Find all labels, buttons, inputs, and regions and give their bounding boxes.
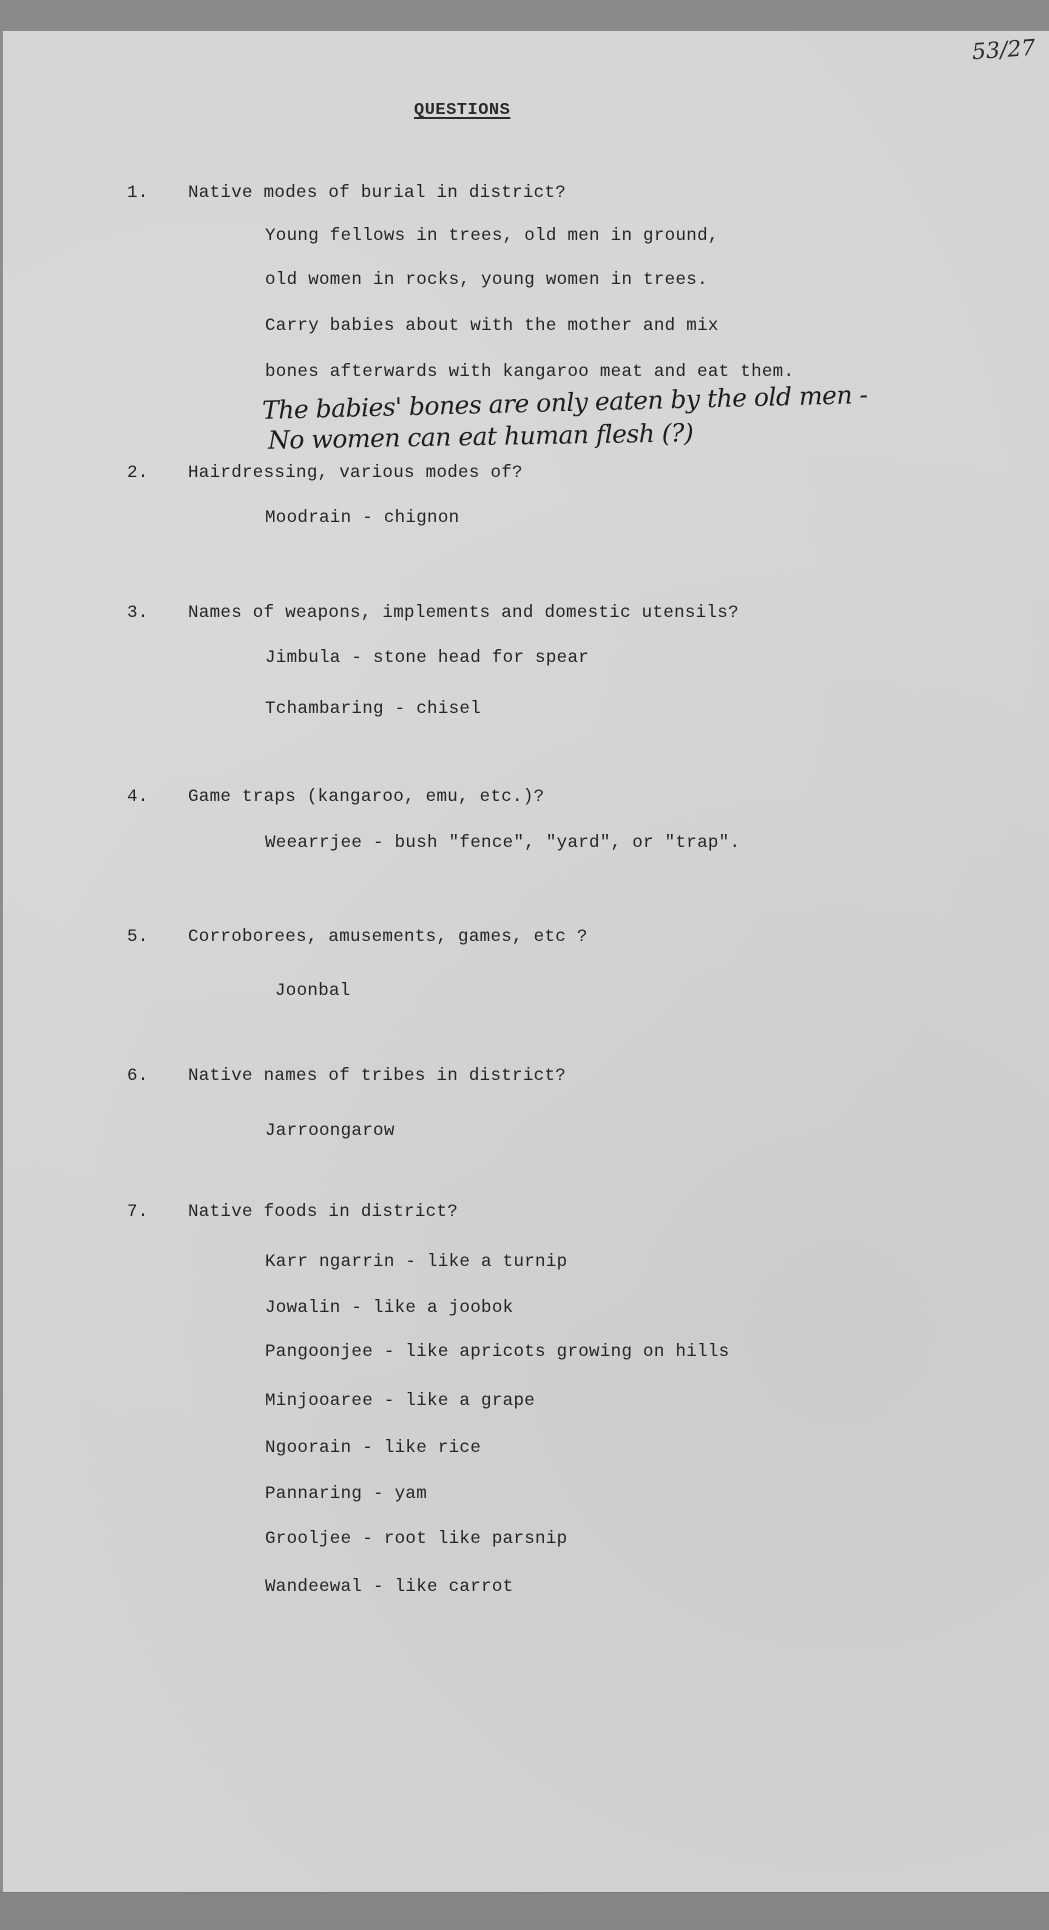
answer-line: Young fellows in trees, old men in groun… — [265, 226, 719, 246]
question-text: Native foods in district? — [188, 1202, 458, 1222]
answer-line: Carry babies about with the mother and m… — [265, 316, 719, 336]
scan-border-bottom — [0, 1892, 1049, 1930]
answer-line: Pannaring - yam — [265, 1484, 427, 1504]
answer-line: Minjooaree - like a grape — [265, 1391, 535, 1411]
question-text: Native names of tribes in district? — [188, 1066, 566, 1086]
question-number: 6. — [127, 1066, 149, 1086]
page-title: QUESTIONS — [414, 101, 510, 120]
question-text: Corroborees, amusements, games, etc ? — [188, 927, 588, 947]
question-number: 1. — [127, 183, 149, 203]
scan-border-top — [0, 0, 1049, 31]
question-number: 3. — [127, 603, 149, 623]
answer-line: Jimbula - stone head for spear — [265, 648, 589, 668]
answer-line: Jowalin - like a joobok — [265, 1298, 513, 1318]
question-number: 2. — [127, 463, 149, 483]
question-number: 4. — [127, 787, 149, 807]
answer-line: Ngoorain - like rice — [265, 1438, 481, 1458]
answer-line: Tchambaring - chisel — [265, 699, 481, 719]
answer-line: Moodrain - chignon — [265, 508, 459, 528]
answer-line: Pangoonjee - like apricots growing on hi… — [265, 1342, 729, 1362]
answer-line: Karr ngarrin - like a turnip — [265, 1252, 567, 1272]
question-text: Names of weapons, implements and domesti… — [188, 603, 739, 623]
question-text: Native modes of burial in district? — [188, 183, 566, 203]
answer-line: Joonbal — [275, 981, 351, 1001]
page-number-handwritten: 53/27 — [971, 36, 1036, 65]
answer-line: Grooljee - root like parsnip — [265, 1529, 567, 1549]
answer-line: Jarroongarow — [265, 1121, 395, 1141]
question-number: 7. — [127, 1202, 149, 1222]
answer-line: bones afterwards with kangaroo meat and … — [265, 362, 794, 382]
answer-line: Wandeewal - like carrot — [265, 1577, 513, 1597]
document-page — [3, 31, 1049, 1892]
answer-line: old women in rocks, young women in trees… — [265, 270, 708, 290]
answer-line: Weearrjee - bush "fence", "yard", or "tr… — [265, 833, 740, 853]
question-number: 5. — [127, 927, 149, 947]
question-text: Game traps (kangaroo, emu, etc.)? — [188, 787, 544, 807]
question-text: Hairdressing, various modes of? — [188, 463, 523, 483]
